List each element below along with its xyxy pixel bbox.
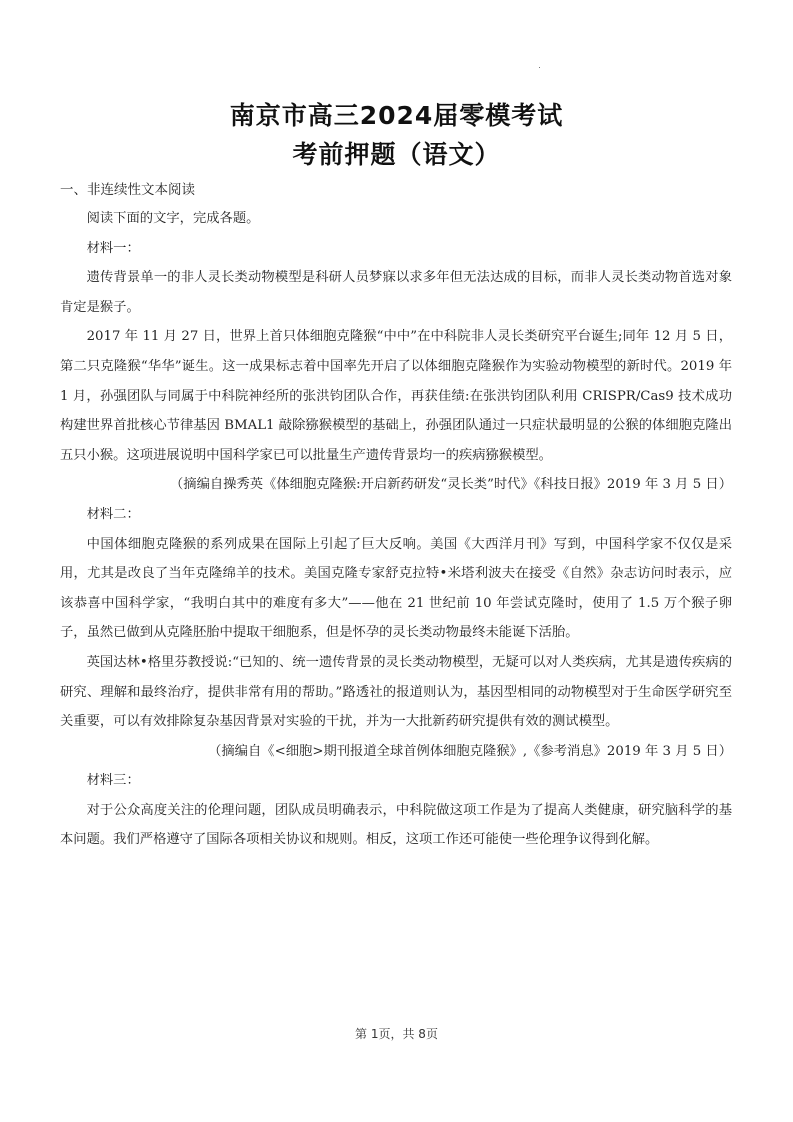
material-3-label: 材料三： bbox=[60, 766, 732, 796]
material-1-paragraph-1: 遗传背景单一的非人灵长类动物模型是科研人员梦寐以求多年但无法达成的目标，而非人灵… bbox=[60, 263, 732, 322]
material-3-paragraph-1: 对于公众高度关注的伦理问题，团队成员明确表示，中科院做这项工作是为了提高人类健康… bbox=[60, 796, 732, 855]
material-2-source: （摘编自《<细胞>期刊报道全球首例体细胞克隆猴》,《参考消息》2019 年 3 … bbox=[60, 737, 732, 767]
page-indicator: 第 1页，共 8页 bbox=[0, 1025, 793, 1042]
material-1-label: 材料一： bbox=[60, 234, 732, 264]
document-title: 南京市高三2024届零模考试 bbox=[0, 96, 793, 132]
document-body: 阅读下面的文字，完成各题。 材料一： 遗传背景单一的非人灵长类动物模型是科研人员… bbox=[60, 204, 732, 855]
document-subtitle: 考前押题（语文） bbox=[0, 135, 793, 171]
material-2-paragraph-1: 中国体细胞克隆猴的系列成果在国际上引起了巨大反响。美国《大西洋月刊》写到，中国科… bbox=[60, 530, 732, 648]
section-heading: 一、非连续性文本阅读 bbox=[60, 178, 195, 198]
scan-artifact-dot bbox=[539, 67, 540, 68]
material-2-label: 材料二： bbox=[60, 500, 732, 530]
material-1-paragraph-2: 2017 年 11 月 27 日，世界上首只体细胞克隆猴“中中”在中科院非人灵长… bbox=[60, 322, 732, 470]
reading-instruction: 阅读下面的文字，完成各题。 bbox=[60, 204, 732, 234]
material-2-paragraph-2: 英国达林•格里芬教授说:“已知的、统一遗传背景的灵长类动物模型，无疑可以对人类疾… bbox=[60, 648, 732, 737]
material-1-source: （摘编自操秀英《体细胞克隆猴:开启新药研发“灵长类”时代》《科技日报》2019 … bbox=[60, 470, 732, 500]
